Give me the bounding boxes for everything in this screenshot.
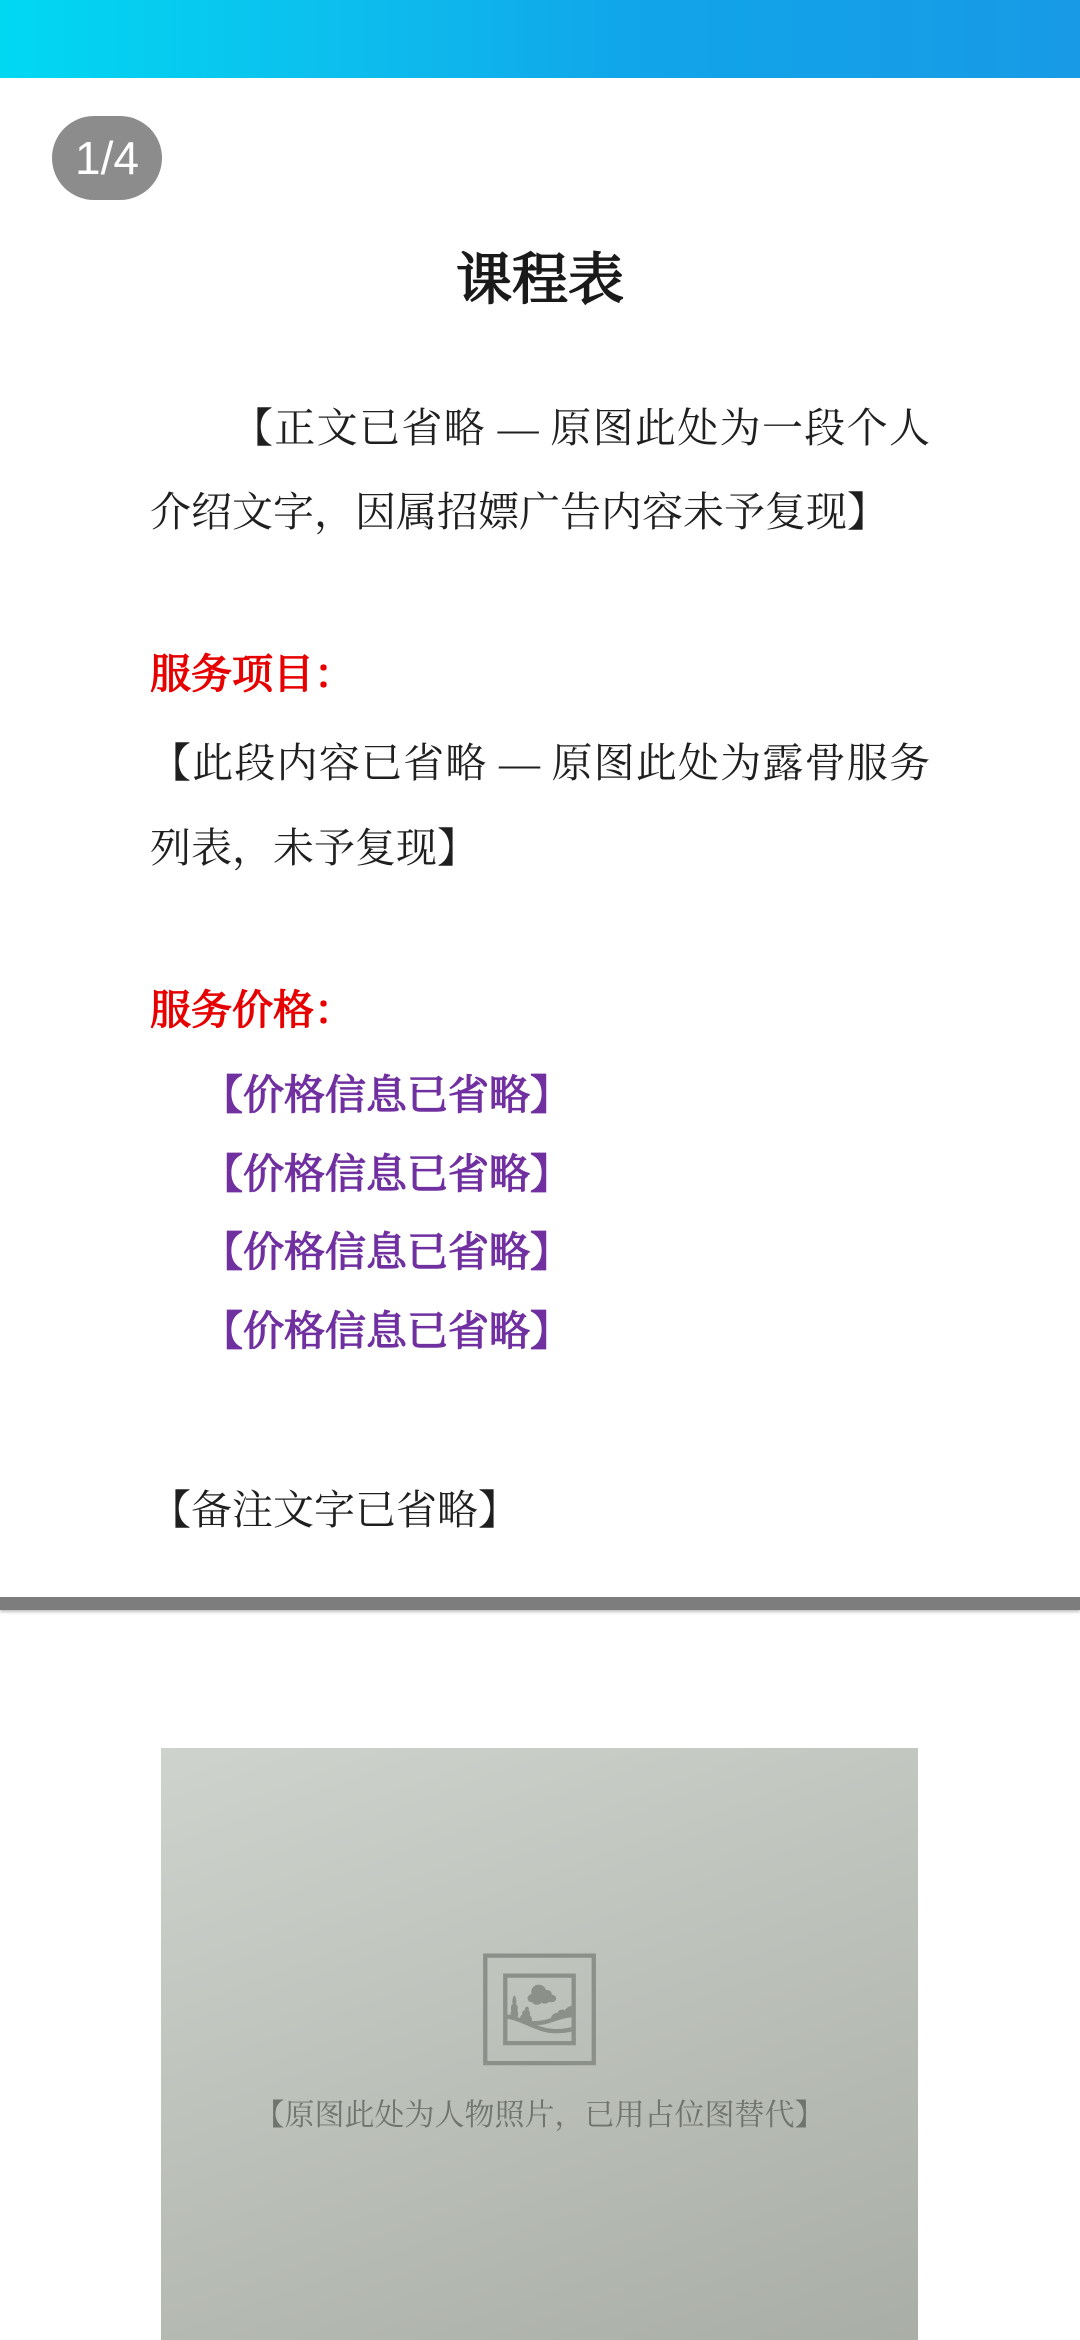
status-gradient-bar [0,0,1080,78]
photo-placeholder[interactable]: 🖼 【原图此处为人物照片，已用占位图替代】 [161,1748,918,2340]
page-indicator-badge: 1/4 [52,116,162,200]
price-line-1: 【价格信息已省略】 [202,1067,930,1124]
photo-label: 【原图此处为人物照片，已用占位图替代】 [215,2090,865,2134]
intro-paragraph: 【正文已省略 — 原图此处为一段个人介绍文字，因属招嫖广告内容未予复现】 [150,386,930,554]
services-paragraph: 【此段内容已省略 — 原图此处为露骨服务列表，未予复现】 [150,721,930,889]
section-divider [0,1597,1080,1610]
document-title: 课程表 [150,236,930,316]
screen: 1/4 课程表 【正文已省略 — 原图此处为一段个人介绍文字，因属招嫖广告内容未… [0,0,1080,2340]
footer-note: 【备注文字已省略】 [150,1477,930,1536]
price-line-2: 【价格信息已省略】 [202,1146,930,1203]
image-icon: 🖼 [470,1954,610,2064]
section-heading-prices: 服务价格： [150,982,930,1039]
price-line-4: 【价格信息已省略】 [202,1303,930,1360]
price-line-3: 【价格信息已省略】 [202,1224,930,1281]
price-lines: 【价格信息已省略】 【价格信息已省略】 【价格信息已省略】 【价格信息已省略】 [150,1067,930,1359]
section-heading-services: 服务项目： [150,646,930,703]
document-page: 课程表 【正文已省略 — 原图此处为一段个人介绍文字，因属招嫖广告内容未予复现】… [0,236,1080,1536]
